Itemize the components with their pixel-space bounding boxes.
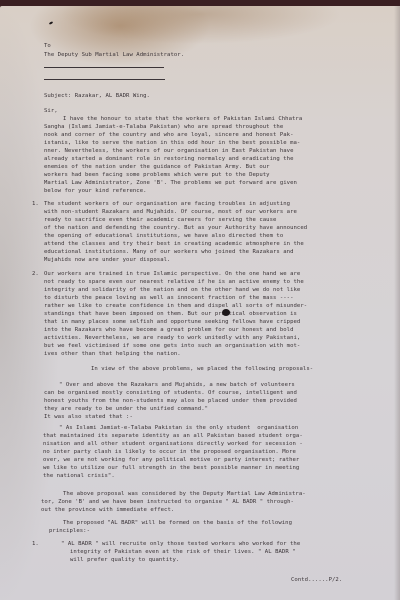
paragraph-line: Martial Law Administrator, Zone 'B'. The…: [44, 179, 297, 187]
paragraph-line: " Over and above the Razakars and Mujahi…: [59, 381, 295, 389]
paragraph-line: Sangha (Islami Jamiat-e-Talaba Pakistan)…: [44, 123, 283, 131]
paragraph-line: that in many places some selfish and opp…: [44, 318, 300, 326]
paragraph-line: will prefer quality to quantity.: [70, 556, 179, 564]
paragraph-line: with non-student Razakars and Mujahids. …: [44, 208, 297, 216]
paragraph-line: standings that have been imposed on them…: [44, 310, 297, 318]
paragraph-line: ives other than that helping the nation.: [44, 350, 181, 358]
item-number: 1.: [32, 200, 39, 208]
paragraph-line: out the province with immediate effect.: [41, 506, 174, 514]
paragraph-line: the opening of educational institutions,…: [44, 232, 283, 240]
paragraph-line: already started a dominant role in resto…: [44, 155, 294, 163]
paragraph-line: no inter party clash is likely to occur …: [43, 448, 296, 456]
ink-mark: [49, 21, 53, 25]
paragraph-line: educational institutions. Many of our wo…: [44, 248, 294, 256]
paragraph-line: they are ready to be under the unified c…: [44, 405, 208, 413]
salutation: Sir,: [44, 107, 58, 115]
paragraph-line: activities. Nevertheless, we are ready t…: [44, 334, 300, 342]
paragraph-line: of the nation and defending the country.…: [44, 224, 307, 232]
paragraph-line: integrity of Pakistan even at the risk o…: [70, 548, 296, 556]
paragraph-line: nisation and all other student organisat…: [43, 440, 303, 448]
item-number: 1.: [32, 540, 39, 548]
paragraph-line: not ready to spare even our nearest rela…: [44, 278, 304, 286]
paragraph-line: ready to sacrifice even their academic c…: [44, 216, 276, 224]
paragraph-line: nook and corner of the country and who a…: [44, 131, 294, 139]
paragraph-line: workers had been facing some problems wh…: [44, 171, 270, 179]
paragraph-line: nner. Nevertheless, the workers of our o…: [44, 147, 294, 155]
typed-letter: To The Deputy Sub Martial Law Administra…: [0, 0, 400, 600]
paragraph-line: Mujahids now are under your disposal.: [44, 256, 170, 264]
paragraph-line: attend the classes and try their best in…: [44, 240, 304, 248]
paragraph-line: that maintained its separate identity as…: [43, 432, 303, 440]
paragraph-line: into the Razakars who have become a grea…: [44, 326, 294, 334]
item-number: 2.: [32, 270, 39, 278]
paragraph-line: we like to utilize our full strength in …: [43, 464, 299, 472]
paragraph-line: to disturb the peace loving as well as i…: [44, 294, 294, 302]
paragraph-line: but we feel victimised if some one gets …: [44, 342, 300, 350]
paragraph-line: honest youths from the non-students may …: [44, 397, 297, 405]
paragraph-line: Our workers are trained in true Islamic …: [44, 270, 300, 278]
paragraph-line: over, we are not working for any politic…: [43, 456, 299, 464]
proposals-intro: In view of the above problems, we placed…: [91, 365, 313, 373]
continuation-note: Contd......P/2.: [291, 576, 342, 584]
paragraph-line: can be organised mostly consisting of st…: [44, 389, 297, 397]
address-blank-line-2: [44, 79, 165, 80]
ink-blot: [222, 309, 230, 316]
address-blank-line-1: [44, 67, 164, 68]
to-label: To: [44, 42, 51, 50]
paragraph-line: " AL BADR " will recruite only those tes…: [61, 540, 300, 548]
paragraph-line: The student workers of our organisation …: [44, 200, 290, 208]
recipient: The Deputy Sub Martial Law Administrator…: [44, 51, 184, 59]
paragraph-line: istanis, like to serve the nation in thi…: [44, 139, 300, 147]
paragraph-line: integrity and solidarity of the nation a…: [44, 286, 300, 294]
paragraph-line: tor, Zone 'B' and we have been instructe…: [41, 498, 294, 506]
paragraph-line: rather we like to create confidence in t…: [44, 302, 307, 310]
paragraph-line: The above proposal was considered by the…: [63, 490, 306, 498]
also-stated: It was also stated that :-: [44, 413, 133, 421]
paragraph-line: principles:-: [49, 527, 90, 535]
paragraph-line: I have the honour to state that the work…: [63, 115, 302, 123]
paragraph-line: " As Islami Jamiat-e-Talaba Pakistan is …: [59, 424, 298, 432]
paragraph-line: enemies of the nation under the guidance…: [44, 163, 270, 171]
paragraph-line: below for your kind reference.: [44, 187, 147, 195]
subject: Subject: Razakar, AL BADR Wing.: [44, 92, 150, 100]
paragraph-line: The proposed "AL BADR" will be formed on…: [63, 519, 292, 527]
paragraph-line: the national crisis".: [43, 472, 115, 480]
